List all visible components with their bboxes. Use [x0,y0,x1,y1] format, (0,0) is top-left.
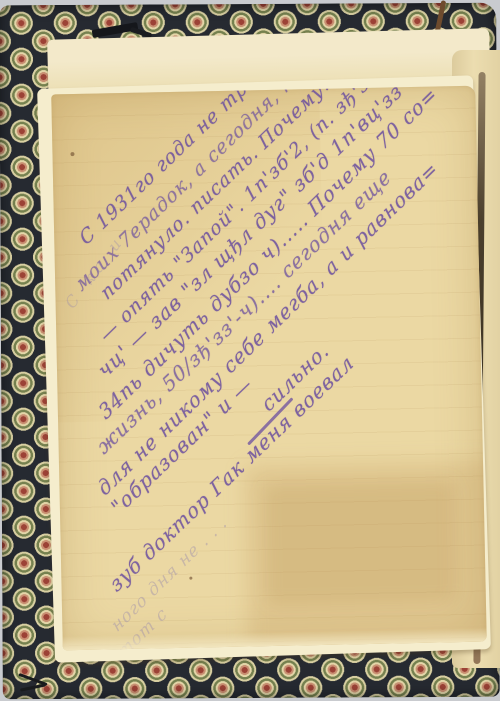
photo-background: С 1931го года не трога=моих 7ерадок, а с… [0,0,500,701]
diary-page: С 1931го года не трога=моих 7ерадок, а с… [51,86,487,651]
paper-speck [70,152,74,156]
